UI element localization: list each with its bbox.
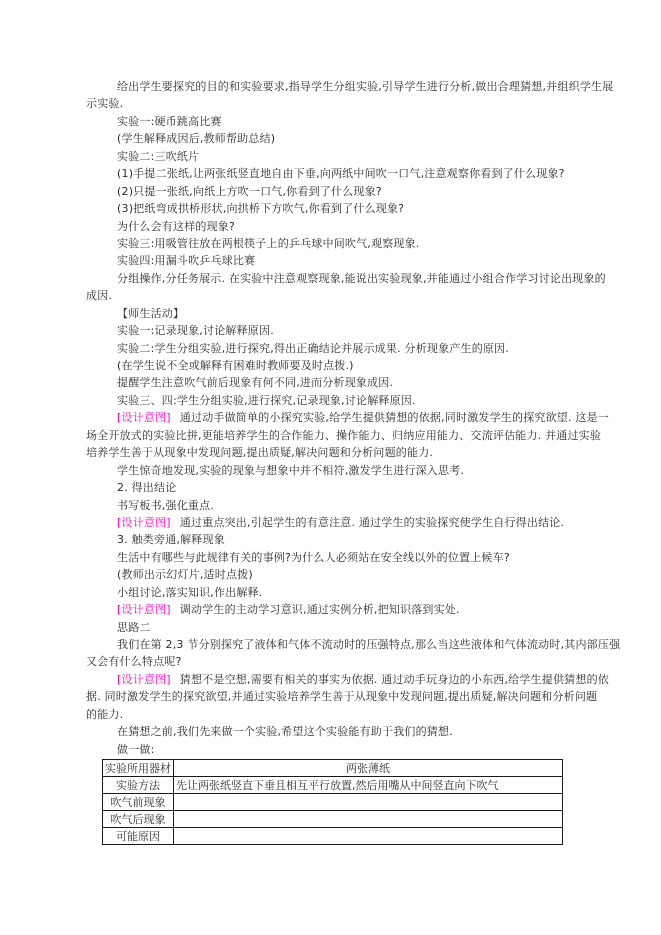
design-intent-label: [设计意图] xyxy=(117,603,171,616)
text-line-content: 【师生活动】 xyxy=(117,307,184,320)
text-line-content: 调动学生的主动学习意识,通过实例分析,把知识落到实处. xyxy=(180,603,460,616)
document-page: 给出学生要探究的目的和实验要求,指导学生分组实验,引导学生进行分析,做出合理猜想… xyxy=(0,0,661,935)
design-intent-label: [设计意图] xyxy=(117,411,171,424)
table-row: 实验方法先让两张纸竖直下垂且相互平行放置,然后用嘴从中间竖直向下吹气 xyxy=(103,777,563,794)
text-line: 思路二 xyxy=(86,619,577,636)
text-line-content: 实验四:用漏斗吹乒乓球比赛 xyxy=(117,254,255,267)
text-line: 实验二:学生分组实验,进行探究,得出正确结论并展示成果. 分析现象产生的原因. xyxy=(86,340,577,357)
text-line-content: 学生惊奇地发现,实验的现象与想象中并不相符,激发学生进行深入思考. xyxy=(117,464,464,477)
text-line: 我们在第 2,3 节分别探究了液体和气体不流动时的压强特点,那么当这些液体和气体… xyxy=(86,636,577,653)
table-row-value: 两张薄纸 xyxy=(174,760,563,777)
experiment-table: 实验所用器材两张薄纸实验方法先让两张纸竖直下垂且相互平行放置,然后用嘴从中间竖直… xyxy=(102,759,563,845)
table-row-value xyxy=(174,828,563,845)
text-line-content: 给出学生要探究的目的和实验要求,指导学生分组实验,引导学生进行分析,做出合理猜想… xyxy=(117,80,613,93)
text-line-content: 通过动手做简单的小探究实验,给学生提供猜想的依据,同时激发学生的探究欲望. 这是… xyxy=(180,411,609,424)
text-line: (3)把纸弯成拱桥形状,向拱桥下方吹气,你看到了什么现象? xyxy=(86,200,577,217)
text-line-content: (2)只提一张纸,向纸上方吹一口气,你看到了什么现象? xyxy=(117,185,382,198)
text-line-content: 小组讨论,落实知识,作出解释. xyxy=(117,586,263,599)
table-row-header: 吹气后现象 xyxy=(103,811,174,828)
text-line: (1)手提二张纸,让两张纸竖直地自由下垂,向两纸中间吹一口气,注意观察你看到了什… xyxy=(86,165,577,182)
text-line: 实验四:用漏斗吹乒乓球比赛 xyxy=(86,252,577,269)
document-body: 给出学生要探究的目的和实验要求,指导学生分组实验,引导学生进行分析,做出合理猜想… xyxy=(86,78,577,758)
text-line: [设计意图]通过重点突出,引起学生的有意注意. 通过学生的实验探究使学生自行得出… xyxy=(86,514,577,531)
text-line-content: 实验一:记录现象,讨论解释原因. xyxy=(117,324,274,337)
text-line: 2. 得出结论 xyxy=(86,479,577,496)
design-intent-label: [设计意图] xyxy=(117,516,171,529)
text-line-content: (教师出示幻灯片,适时点拨) xyxy=(117,568,253,581)
text-line: 又会有什么特点呢? xyxy=(86,653,577,670)
text-line: 在猜想之前,我们先来做一个实验,希望这个实验能有助于我们的猜想. xyxy=(86,723,577,740)
text-line-content: 成因. xyxy=(86,289,112,302)
text-line-content: 据. 同时激发学生的探究欲望,并通过实验培养学生善于从现象中发现问题,提出质疑,… xyxy=(86,690,597,703)
text-line: 3. 触类旁通,解释现象 xyxy=(86,531,577,548)
table-row-header: 可能原因 xyxy=(103,828,174,845)
text-line-content: (3)把纸弯成拱桥形状,向拱桥下方吹气,你看到了什么现象? xyxy=(117,202,404,215)
text-line-content: 通过重点突出,引起学生的有意注意. 通过学生的实验探究使学生自行得出结论. xyxy=(180,516,564,529)
text-line-content: (在学生说不全或解释有困难时教师要及时点拨.) xyxy=(117,359,354,372)
text-line: 做一做: xyxy=(86,741,577,758)
text-line-content: 生活中有哪些与此规律有关的事例?为什么人必须站在安全线以外的位置上候车? xyxy=(117,551,510,564)
text-line: (在学生说不全或解释有困难时教师要及时点拨.) xyxy=(86,357,577,374)
table-row-value: 先让两张纸竖直下垂且相互平行放置,然后用嘴从中间竖直向下吹气 xyxy=(174,777,563,794)
text-line-content: 场全开放式的实验比拼,更能培养学生的合作能力、操作能力、归纳应用能力、交流评估能… xyxy=(86,429,601,442)
text-line-content: (1)手提二张纸,让两张纸竖直地自由下垂,向两纸中间吹一口气,注意观察你看到了什… xyxy=(117,167,565,180)
text-line-content: 2. 得出结论 xyxy=(117,481,176,494)
text-line: 【师生活动】 xyxy=(86,305,577,322)
text-line: (教师出示幻灯片,适时点拨) xyxy=(86,566,577,583)
text-line: 场全开放式的实验比拼,更能培养学生的合作能力、操作能力、归纳应用能力、交流评估能… xyxy=(86,427,577,444)
text-line: 的能力. xyxy=(86,706,577,723)
text-line: 提醒学生注意吹气前后现象有何不同,进而分析现象成因. xyxy=(86,374,577,391)
text-line-content: 猜想不是空想,需要有相关的事实为依据. 通过动手玩身边的小东西,给学生提供猜想的… xyxy=(180,673,609,686)
text-line-content: 培养学生善于从现象中发现问题,提出质疑,解决问题和分析问题的能力. xyxy=(86,446,433,459)
table-row-value xyxy=(174,811,563,828)
text-line: [设计意图]通过动手做简单的小探究实验,给学生提供猜想的依据,同时激发学生的探究… xyxy=(86,409,577,426)
text-line: 培养学生善于从现象中发现问题,提出质疑,解决问题和分析问题的能力. xyxy=(86,444,577,461)
text-line-content: (学生解释成因后,教师帮助总结) xyxy=(117,132,275,145)
table-row-header: 实验方法 xyxy=(103,777,174,794)
text-line: 实验一:硬币跳高比赛 xyxy=(86,113,577,130)
text-line-content: 实验二:学生分组实验,进行探究,得出正确结论并展示成果. 分析现象产生的原因. xyxy=(117,342,509,355)
table-row: 吹气后现象 xyxy=(103,811,563,828)
text-line: (学生解释成因后,教师帮助总结) xyxy=(86,130,577,147)
text-line: 据. 同时激发学生的探究欲望,并通过实验培养学生善于从现象中发现问题,提出质疑,… xyxy=(86,688,577,705)
text-line: 实验三、四:学生分组实验,进行探究,记录现象,讨论解释原因. xyxy=(86,392,577,409)
text-line: 给出学生要探究的目的和实验要求,指导学生分组实验,引导学生进行分析,做出合理猜想… xyxy=(86,78,577,95)
text-line-content: 做一做: xyxy=(117,743,155,756)
table-row-value xyxy=(174,794,563,811)
table-row: 吹气前现象 xyxy=(103,794,563,811)
table-row-header: 实验所用器材 xyxy=(103,760,174,777)
text-line-content: 实验三、四:学生分组实验,进行探究,记录现象,讨论解释原因. xyxy=(117,394,416,407)
table-row: 可能原因 xyxy=(103,828,563,845)
text-line: 实验二:三吹纸片 xyxy=(86,148,577,165)
text-line: (2)只提一张纸,向纸上方吹一口气,你看到了什么现象? xyxy=(86,183,577,200)
table-row: 实验所用器材两张薄纸 xyxy=(103,760,563,777)
text-line-content: 思路二 xyxy=(117,621,151,634)
text-line: 为什么会有这样的现象? xyxy=(86,218,577,235)
text-line-content: 分组操作,分任务展示. 在实验中注意观察现象,能说出实验现象,并能通过小组合作学… xyxy=(117,272,606,285)
text-line-content: 我们在第 2,3 节分别探究了液体和气体不流动时的压强特点,那么当这些液体和气体… xyxy=(117,638,620,651)
table-row-header: 吹气前现象 xyxy=(103,794,174,811)
text-line-content: 在猜想之前,我们先来做一个实验,希望这个实验能有助于我们的猜想. xyxy=(117,725,453,738)
text-line: 实验三:用吸管往放在两根筷子上的乒乓球中间吹气,观察现象. xyxy=(86,235,577,252)
text-line: [设计意图]调动学生的主动学习意识,通过实例分析,把知识落到实处. xyxy=(86,601,577,618)
design-intent-label: [设计意图] xyxy=(117,673,171,686)
text-line-content: 实验一:硬币跳高比赛 xyxy=(117,115,222,128)
text-line: 成因. xyxy=(86,287,577,304)
text-line-content: 实验三:用吸管往放在两根筷子上的乒乓球中间吹气,观察现象. xyxy=(117,237,420,250)
text-line-content: 书写板书,强化重点. xyxy=(117,499,214,512)
text-line: [设计意图]猜想不是空想,需要有相关的事实为依据. 通过动手玩身边的小东西,给学… xyxy=(86,671,577,688)
text-line-content: 为什么会有这样的现象? xyxy=(117,220,235,233)
text-line: 学生惊奇地发现,实验的现象与想象中并不相符,激发学生进行深入思考. xyxy=(86,462,577,479)
text-line-content: 又会有什么特点呢? xyxy=(86,655,182,668)
text-line: 小组讨论,落实知识,作出解释. xyxy=(86,584,577,601)
text-line-content: 提醒学生注意吹气前后现象有何不同,进而分析现象成因. xyxy=(117,376,393,389)
text-line-content: 实验二:三吹纸片 xyxy=(117,150,199,163)
text-line: 示实验. xyxy=(86,95,577,112)
text-line: 实验一:记录现象,讨论解释原因. xyxy=(86,322,577,339)
text-line: 生活中有哪些与此规律有关的事例?为什么人必须站在安全线以外的位置上候车? xyxy=(86,549,577,566)
text-line-content: 3. 触类旁通,解释现象 xyxy=(117,533,225,546)
text-line-content: 的能力. xyxy=(86,708,123,721)
text-line-content: 示实验. xyxy=(86,97,123,110)
text-line: 书写板书,强化重点. xyxy=(86,497,577,514)
text-line: 分组操作,分任务展示. 在实验中注意观察现象,能说出实验现象,并能通过小组合作学… xyxy=(86,270,577,287)
